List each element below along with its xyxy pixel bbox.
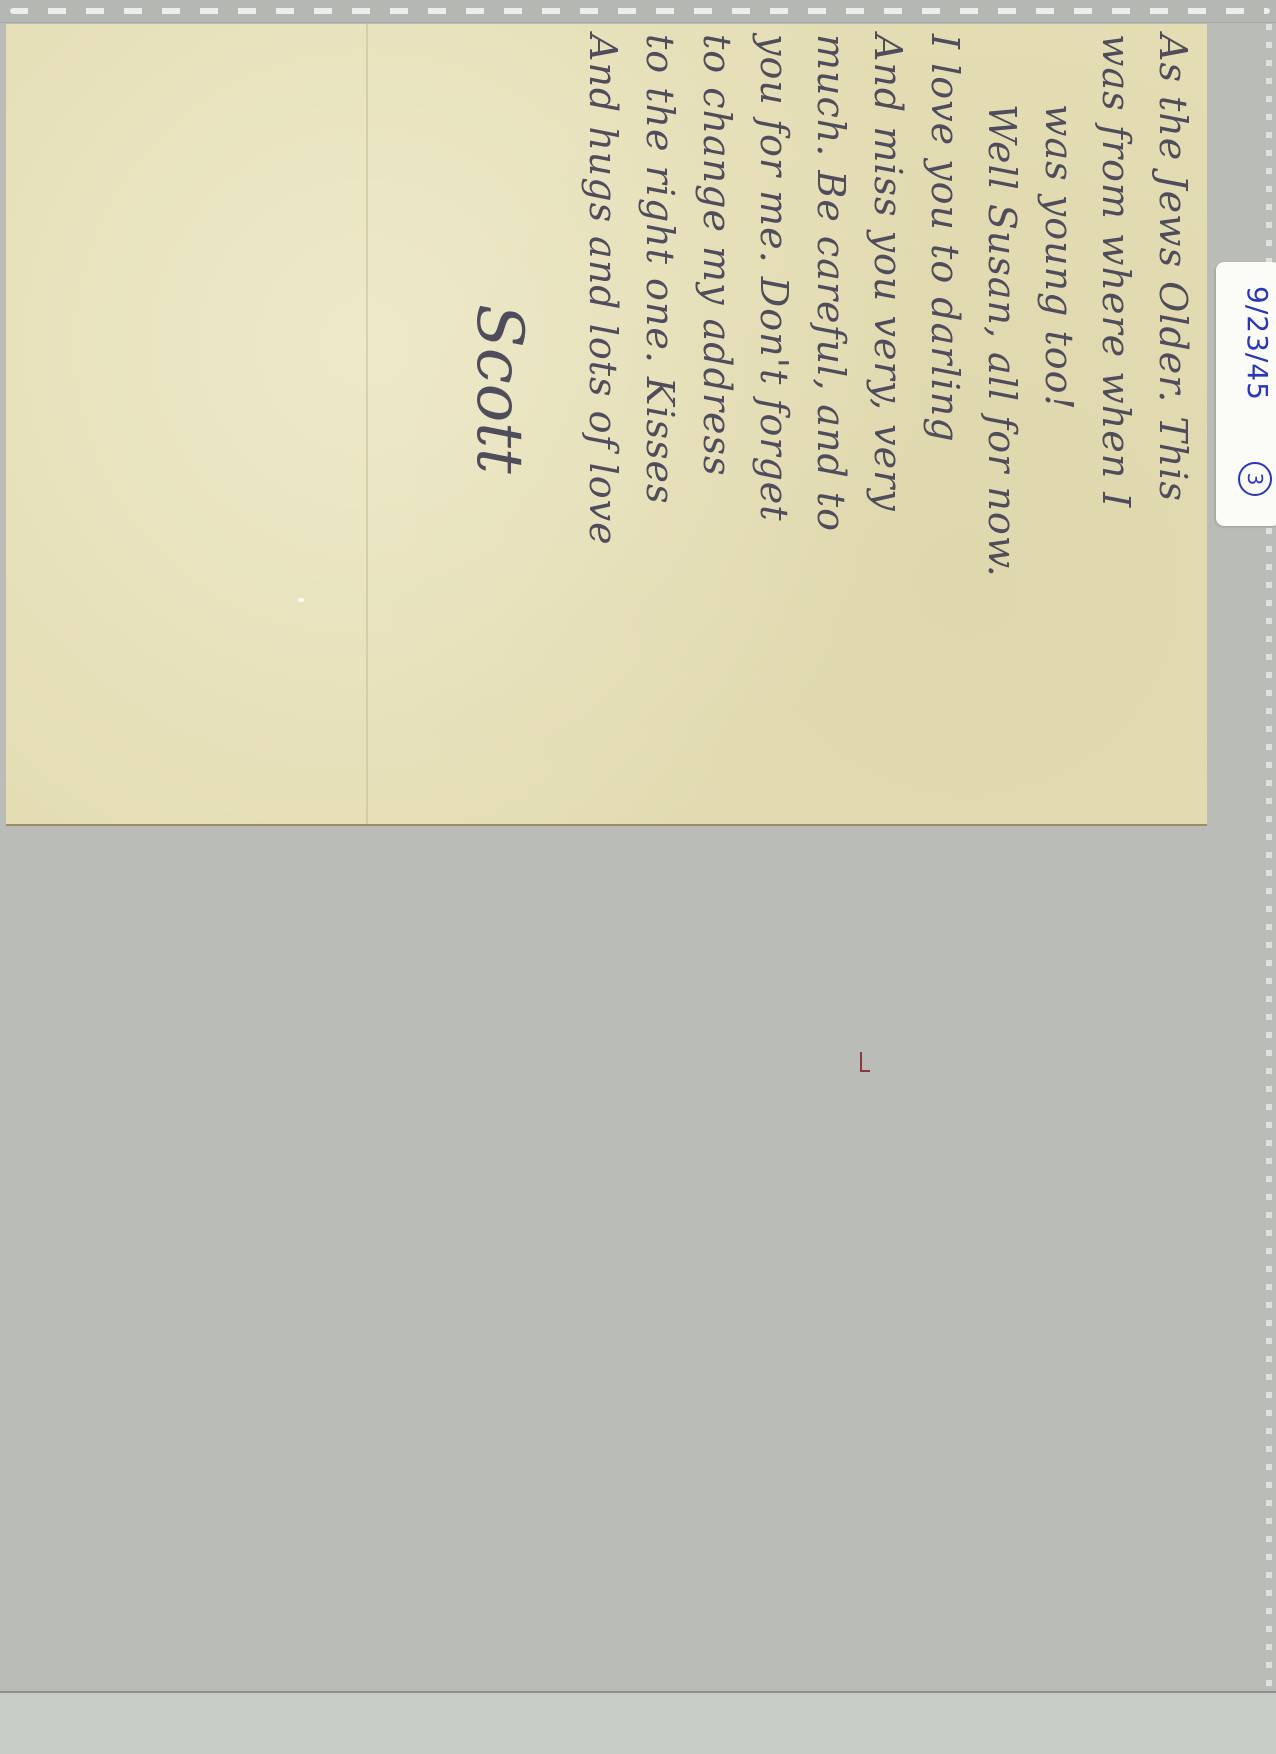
letter-line: to change my address [688, 34, 745, 814]
sleeve-top-strip [0, 0, 1276, 23]
archival-sleeve: As the Jews Older. This was from where w… [0, 0, 1276, 1693]
letter-page: As the Jews Older. This was from where w… [6, 24, 1207, 824]
archive-date: 9/23/45 [1241, 286, 1274, 401]
sleeve-perforations [10, 8, 1270, 14]
red-pen-mark [860, 1052, 866, 1072]
letter-line: was young too! [1030, 34, 1087, 814]
signature: Scott [462, 304, 536, 604]
letter-line: I love you to darling [916, 34, 973, 814]
letter-line: As the Jews Older. This [1144, 34, 1201, 814]
paper-fold-crease [366, 24, 368, 824]
letter-line: was from where when I [1087, 34, 1144, 814]
paper-speck [298, 598, 304, 602]
letter-line: And miss you very, very [859, 34, 916, 814]
letter-line: Well Susan, all for now. [973, 34, 1030, 814]
letter-line: much. Be careful, and to [802, 34, 859, 814]
archive-page-number: 3 [1238, 462, 1272, 496]
letter-line: And hugs and lots of love [574, 34, 631, 814]
letter-text-rotated: As the Jews Older. This was from where w… [574, 34, 1201, 814]
letter-line: you for me. Don't forget [745, 34, 802, 814]
letter-line: to the right one. Kisses [631, 34, 688, 814]
archive-tag: 9/23/45 3 [1216, 262, 1276, 526]
signature-block: Scott [426, 304, 546, 604]
letter-body: As the Jews Older. This was from where w… [581, 34, 1201, 814]
